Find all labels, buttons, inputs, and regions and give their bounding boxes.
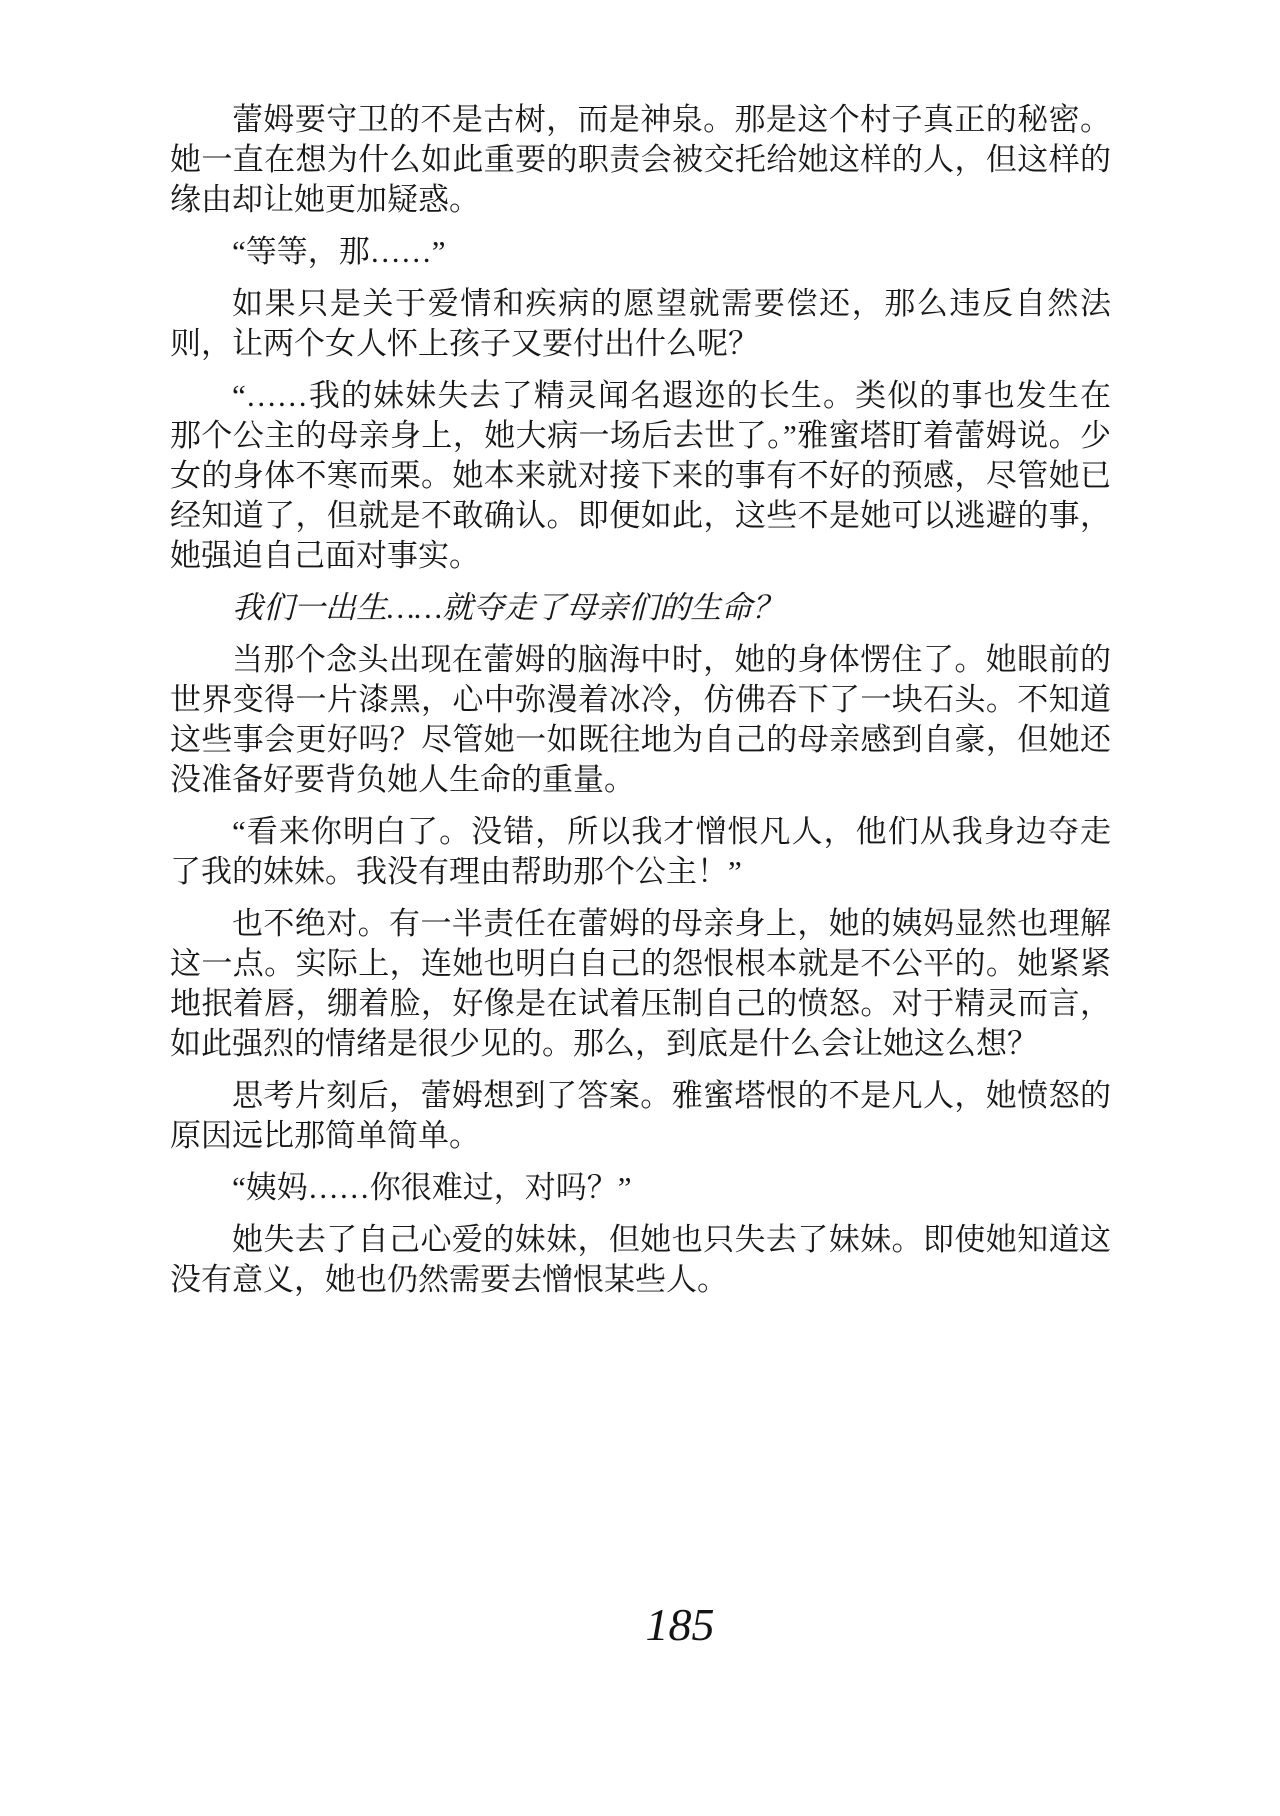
paragraph-narration: 如果只是关于爱情和疾病的愿望就需要偿还，那么违反自然法则，让两个女人怀上孩子又要… [170, 284, 1111, 364]
paragraph-narration: 思考片刻后，蕾姆想到了答案。雅蜜塔恨的不是凡人，她愤怒的原因远比那简单简单。 [170, 1076, 1111, 1156]
paragraph-narration: “……我的妹妹失去了精灵闻名遐迩的长生。类似的事也发生在那个公主的母亲身上，她大… [170, 376, 1111, 576]
inner-monologue-line: 我们一出生……就夺走了母亲们的生命？ [170, 588, 1111, 628]
book-page: 蕾姆要守卫的不是古树，而是神泉。那是这个村子真正的秘密。她一直在想为什么如此重要… [0, 0, 1280, 1816]
text-column: 蕾姆要守卫的不是古树，而是神泉。那是这个村子真正的秘密。她一直在想为什么如此重要… [170, 100, 1111, 1312]
page-number: 185 [0, 1600, 1280, 1650]
dialogue-line: “等等，那……” [170, 232, 1111, 272]
dialogue-line: “姨妈……你很难过，对吗？” [170, 1168, 1111, 1208]
dialogue-line: “看来你明白了。没错，所以我才憎恨凡人，他们从我身边夺走了我的妹妹。我没有理由帮… [170, 812, 1111, 892]
paragraph-narration: 也不绝对。有一半责任在蕾姆的母亲身上，她的姨妈显然也理解这一点。实际上，连她也明… [170, 904, 1111, 1064]
paragraph-narration: 当那个念头出现在蕾姆的脑海中时，她的身体愣住了。她眼前的世界变得一片漆黑，心中弥… [170, 640, 1111, 800]
paragraph-narration: 蕾姆要守卫的不是古树，而是神泉。那是这个村子真正的秘密。她一直在想为什么如此重要… [170, 100, 1111, 220]
paragraph-narration: 她失去了自己心爱的妹妹，但她也只失去了妹妹。即使她知道这没有意义，她也仍然需要去… [170, 1220, 1111, 1300]
